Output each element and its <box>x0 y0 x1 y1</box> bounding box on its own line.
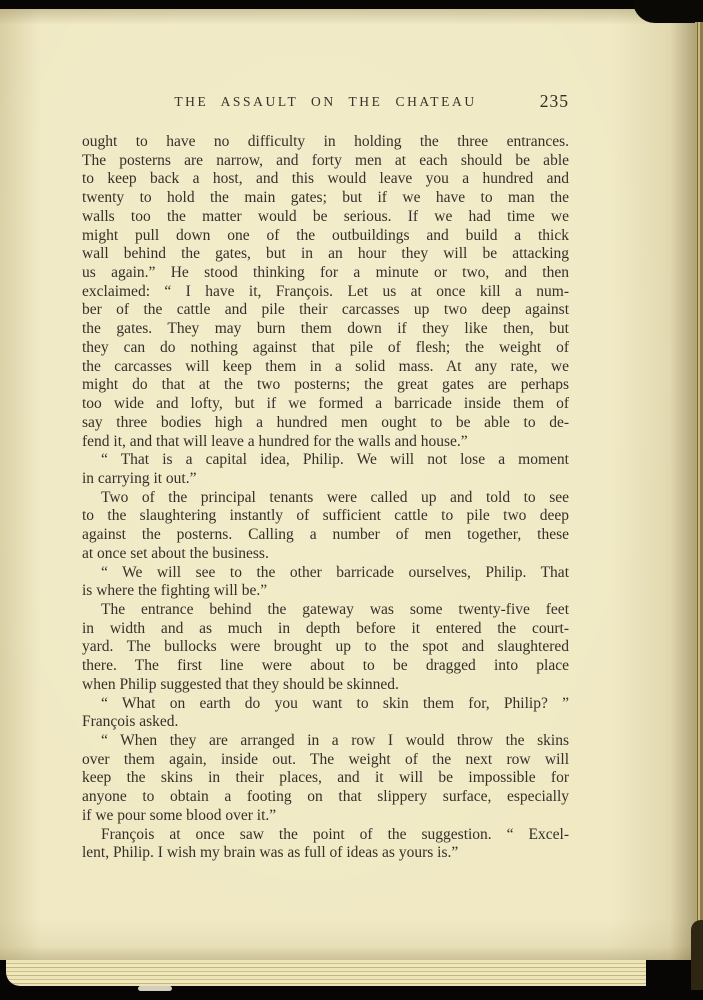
text-line: they can do nothing against that pile of… <box>82 339 569 358</box>
page-edge-highlight <box>138 986 172 991</box>
text-line: walls too the matter would be serious. I… <box>82 208 569 227</box>
text-line: at once set about the business. <box>82 545 569 564</box>
text-line: François at once saw the point of the su… <box>82 826 569 845</box>
text-line: ought to have no difficulty in holding t… <box>82 133 569 152</box>
text-line: twenty to hold the main gates; but if we… <box>82 189 569 208</box>
paragraph: Two of the principal tenants were called… <box>82 489 569 564</box>
text-line: to keep back a host, and this would leav… <box>82 170 569 189</box>
text-line: the gates. They may burn them down if th… <box>82 320 569 339</box>
paragraph: François at once saw the point of the su… <box>82 826 569 863</box>
text-line: when Philip suggested that they should b… <box>82 676 569 695</box>
text-line: in width and as much in depth before it … <box>82 620 569 639</box>
text-line: over them again, inside out. The weight … <box>82 751 569 770</box>
paragraph: “ When they are arranged in a row I woul… <box>82 732 569 826</box>
text-line: might do that at the two posterns; the g… <box>82 376 569 395</box>
text-line: in carrying it out.” <box>82 470 569 489</box>
text-line: ber of the cattle and pile their carcass… <box>82 301 569 320</box>
text-line: exclaimed: “ I have it, François. Let us… <box>82 283 569 302</box>
text-line: say three bodies high a hundred men ough… <box>82 414 569 433</box>
page-edge-stripes <box>695 22 703 962</box>
text-line: lent, Philip. I wish my brain was as ful… <box>82 844 569 863</box>
text-line: the carcasses will keep them in a solid … <box>82 358 569 377</box>
text-line: us again.” He stood thinking for a minut… <box>82 264 569 283</box>
paragraph: The entrance behind the gateway was some… <box>82 601 569 695</box>
page-number: 235 <box>540 91 569 112</box>
text-line: Two of the principal tenants were called… <box>82 489 569 508</box>
text-line: if we pour some blood over it.” <box>82 807 569 826</box>
text-line: is where the fighting will be.” <box>82 582 569 601</box>
text-line: “ We will see to the other barricade our… <box>82 564 569 583</box>
text-line: against the posterns. Calling a number o… <box>82 526 569 545</box>
text-line: keep the skins in their places, and it w… <box>82 769 569 788</box>
text-line: wall behind the gates, but in an hour th… <box>82 245 569 264</box>
text-line: fend it, and that will leave a hundred f… <box>82 433 569 452</box>
page-title: THE ASSAULT ON THE CHATEAU <box>82 94 569 110</box>
text-line: The entrance behind the gateway was some… <box>82 601 569 620</box>
text-line: there. The first line were about to be d… <box>82 657 569 676</box>
paragraph: “ We will see to the other barricade our… <box>82 564 569 601</box>
page-stack-edge <box>6 960 646 986</box>
text-line: The posterns are narrow, and forty men a… <box>82 152 569 171</box>
text-line: to the slaughtering instantly of suffici… <box>82 507 569 526</box>
paragraph: “ What on earth do you want to skin them… <box>82 695 569 732</box>
paragraph: ought to have no difficulty in holding t… <box>82 133 569 451</box>
scan-corner-shadow-bottom <box>691 920 703 990</box>
running-header: THE ASSAULT ON THE CHATEAU 235 <box>82 94 569 114</box>
text-line: François asked. <box>82 713 569 732</box>
paragraph: “ That is a capital idea, Philip. We wil… <box>82 451 569 488</box>
book-scan: THE ASSAULT ON THE CHATEAU 235 ought to … <box>0 0 703 1000</box>
text-line: yard. The bullocks were brought up to th… <box>82 638 569 657</box>
book-page: THE ASSAULT ON THE CHATEAU 235 ought to … <box>0 9 696 960</box>
text-line: “ When they are arranged in a row I woul… <box>82 732 569 751</box>
page-text: ought to have no difficulty in holding t… <box>82 133 569 863</box>
text-line: anyone to obtain a footing on that slipp… <box>82 788 569 807</box>
text-line: might pull down one of the outbuildings … <box>82 227 569 246</box>
text-line: “ What on earth do you want to skin them… <box>82 695 569 714</box>
text-line: too wide and lofty, but if we formed a b… <box>82 395 569 414</box>
scan-corner-shadow <box>633 0 703 23</box>
text-line: “ That is a capital idea, Philip. We wil… <box>82 451 569 470</box>
